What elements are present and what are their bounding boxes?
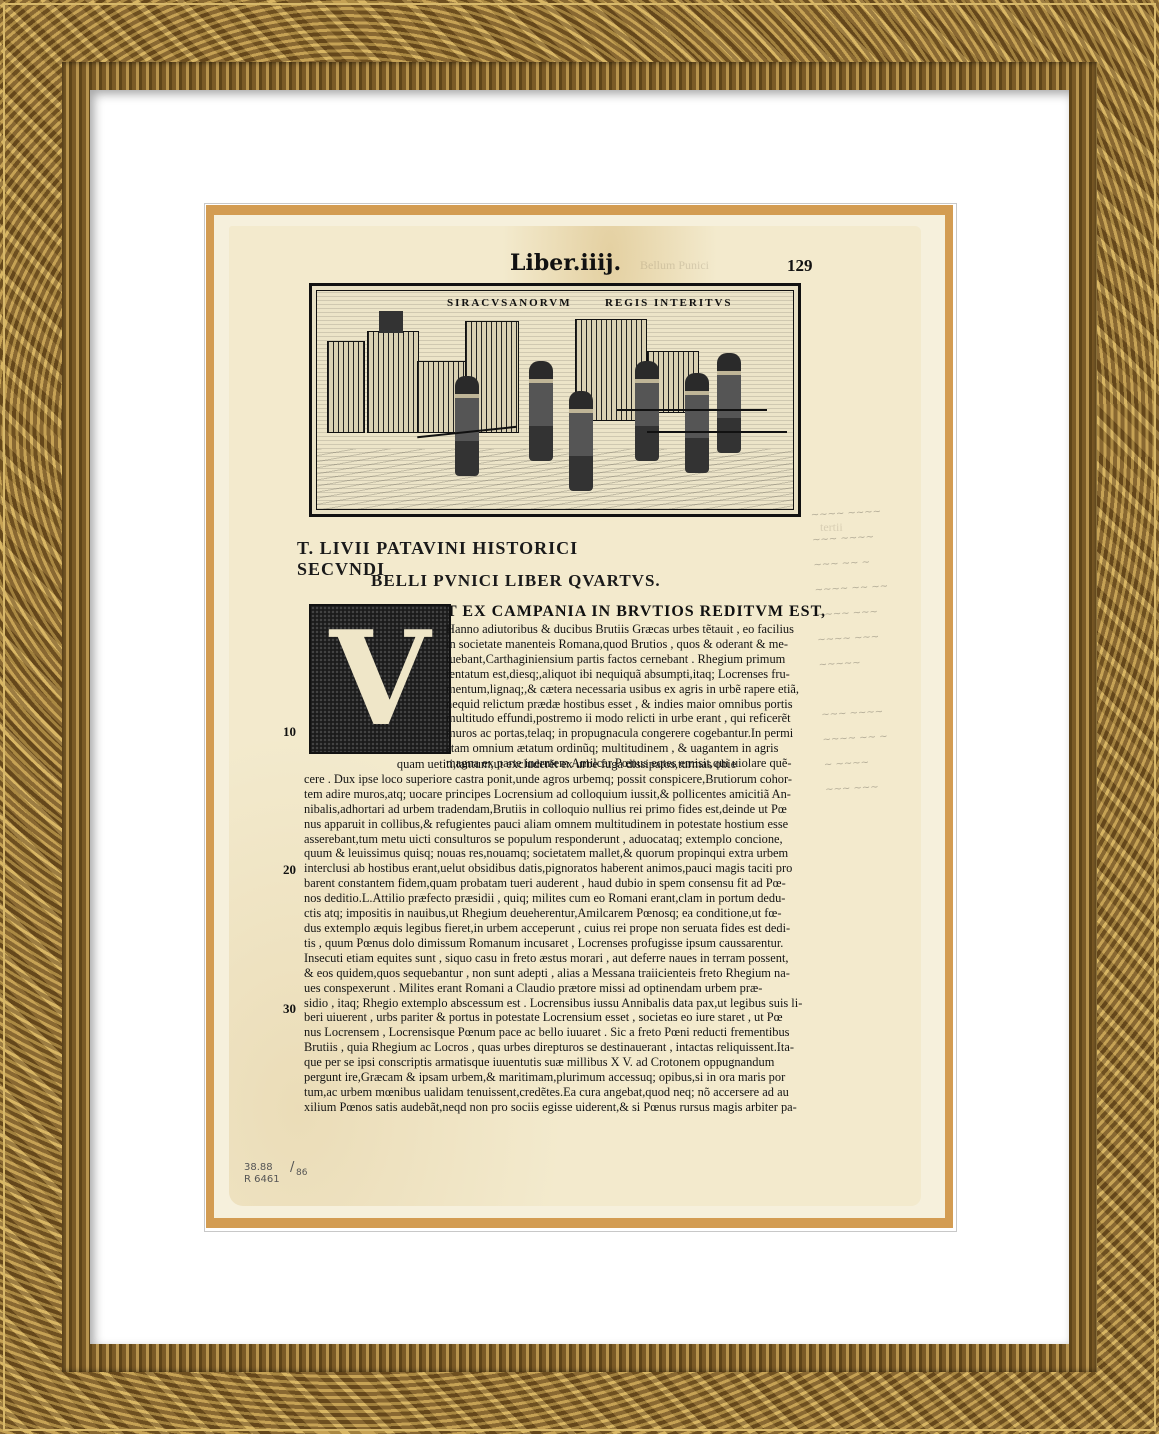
bleed-through-text: Bellum Punici bbox=[640, 258, 709, 273]
woodcut-illustration: SIRACVSANORVM REGIS INTERITVS bbox=[309, 283, 801, 517]
line-number-10: 10 bbox=[283, 724, 296, 740]
text-line: nos deditio.L.Attilio præfecto præsidii … bbox=[304, 891, 802, 906]
soldier-figure bbox=[685, 373, 709, 473]
text-line: Insecuti etiam equites sunt , siquo casu… bbox=[304, 951, 802, 966]
text-line: beri uiuerent , urbs pariter & portus in… bbox=[304, 1010, 802, 1025]
text-line: que per se ipsi conscriptis armatisque i… bbox=[304, 1055, 802, 1070]
text-line: asserebant,tum metu uicti consulturos se… bbox=[304, 832, 802, 847]
body-text-narrow: Hanno adiutoribus & ducibus Brutiis Græc… bbox=[446, 622, 799, 771]
running-head: Liber.iiij. bbox=[510, 250, 621, 276]
text-line: interclusi ab hostibus erant,uelut obsid… bbox=[304, 861, 802, 876]
body-text-wide: quam uetiti,tantum,ut excluderẽt ex urbe… bbox=[304, 757, 802, 1115]
text-line: ues conspexerunt . Milites erant Romani … bbox=[304, 981, 802, 996]
king-figure bbox=[569, 391, 593, 491]
text-line: nibalis,adhortari ad urbem tradendam,Bru… bbox=[304, 802, 802, 817]
text-line: ctis atq; impositis in nauibus,ut Rhegiu… bbox=[304, 906, 802, 921]
accession-line2: R 6461 bbox=[244, 1174, 280, 1186]
text-line: nus Locrensem , Locrensisque Pœnum pace … bbox=[304, 1025, 802, 1040]
text-line: xilium Pœnos satis audebãt,neqd non pro … bbox=[304, 1100, 802, 1115]
spear bbox=[647, 431, 787, 433]
line-number-20: 20 bbox=[283, 862, 296, 878]
text-line: stam omnium ætatum ordinũq; multitudinem… bbox=[446, 741, 799, 756]
text-line: quum & leuissimus quisq; nouas res,nouam… bbox=[304, 846, 802, 861]
woodcut-scene: SIRACVSANORVM REGIS INTERITVS bbox=[316, 290, 794, 510]
text-line: quam uetiti,tantum,ut excluderẽt ex urbe… bbox=[304, 757, 802, 772]
soldier-figure bbox=[635, 361, 659, 461]
text-line: muros ac portas,telaq; in propugnacula c… bbox=[446, 726, 799, 741]
text-line: Brutiis , quia Rhegium ac Locros , quas … bbox=[304, 1040, 802, 1055]
text-line: tem adire muros,atq; uocare principes Lo… bbox=[304, 787, 802, 802]
text-line: in societate manenteis Romana,quod Bruti… bbox=[446, 637, 799, 652]
text-line: barent constantem fidem,quam probatam tu… bbox=[304, 876, 802, 891]
chapter-title-line2: BELLI PVNICI LIBER QVARTVS. bbox=[371, 571, 691, 591]
text-line: mentum,lignaq;,& cætera necessaria usibu… bbox=[446, 682, 799, 697]
soldier-figure bbox=[529, 361, 553, 461]
building bbox=[367, 331, 419, 433]
text-line: multitudo effundi,postremo ii modo relic… bbox=[446, 711, 799, 726]
incipit-line: T EX CAMPANIA IN BRVTIOS REDITVM EST, bbox=[446, 603, 826, 621]
soldier-figure bbox=[455, 376, 479, 476]
page-number: 129 bbox=[787, 256, 813, 276]
accession-suffix: 86 bbox=[296, 1168, 307, 1178]
building bbox=[327, 341, 365, 433]
accession-line1: 38.88 bbox=[244, 1162, 280, 1174]
text-line: tum,ac urbem mœnibus ualidam tenuissent,… bbox=[304, 1085, 802, 1100]
line-number-30: 30 bbox=[283, 1001, 296, 1017]
woodcut-caption-left: SIRACVSANORVM bbox=[447, 297, 572, 309]
ground bbox=[317, 449, 793, 509]
decorated-initial: V bbox=[309, 604, 451, 754]
initial-letter: V bbox=[311, 606, 449, 752]
text-line: cere . Dux ipse loco superiore castra po… bbox=[304, 772, 802, 787]
accession-number: 38.88 R 6461 bbox=[244, 1162, 280, 1186]
accession-slash: / bbox=[290, 1160, 294, 1175]
woodcut-caption-right: REGIS INTERITVS bbox=[605, 297, 733, 309]
text-line: tuebant,Carthaginiensium partis factos c… bbox=[446, 652, 799, 667]
text-line: nequid relictum prædæ hostibus esset , &… bbox=[446, 697, 799, 712]
text-line: pergunt ire,Græcam & ipsam urbem,& marit… bbox=[304, 1070, 802, 1085]
spear bbox=[617, 409, 767, 411]
pencil-marginalia: ~~~~ ~~~~~~~ ~~~~~~~ ~~ ~~~~~ ~~ ~~~~~~ … bbox=[810, 497, 931, 802]
text-line: tis , quum Pœnus dolo dimissum Romanum i… bbox=[304, 936, 802, 951]
soldier-figure bbox=[717, 353, 741, 453]
text-line: sidio , itaq; Rhegio extemplo abscessum … bbox=[304, 996, 802, 1011]
text-line: Hanno adiutoribus & ducibus Brutiis Græc… bbox=[446, 622, 799, 637]
tower bbox=[379, 311, 403, 333]
text-line: tentatum est,diesq;,aliquot ibi nequiquã… bbox=[446, 667, 799, 682]
text-line: dus extemplo æquis legibus fieret,in urb… bbox=[304, 921, 802, 936]
text-line: nus apparuit in collibus,& refugientes p… bbox=[304, 817, 802, 832]
text-line: & eos quidem,quos sequebantur , non sunt… bbox=[304, 966, 802, 981]
